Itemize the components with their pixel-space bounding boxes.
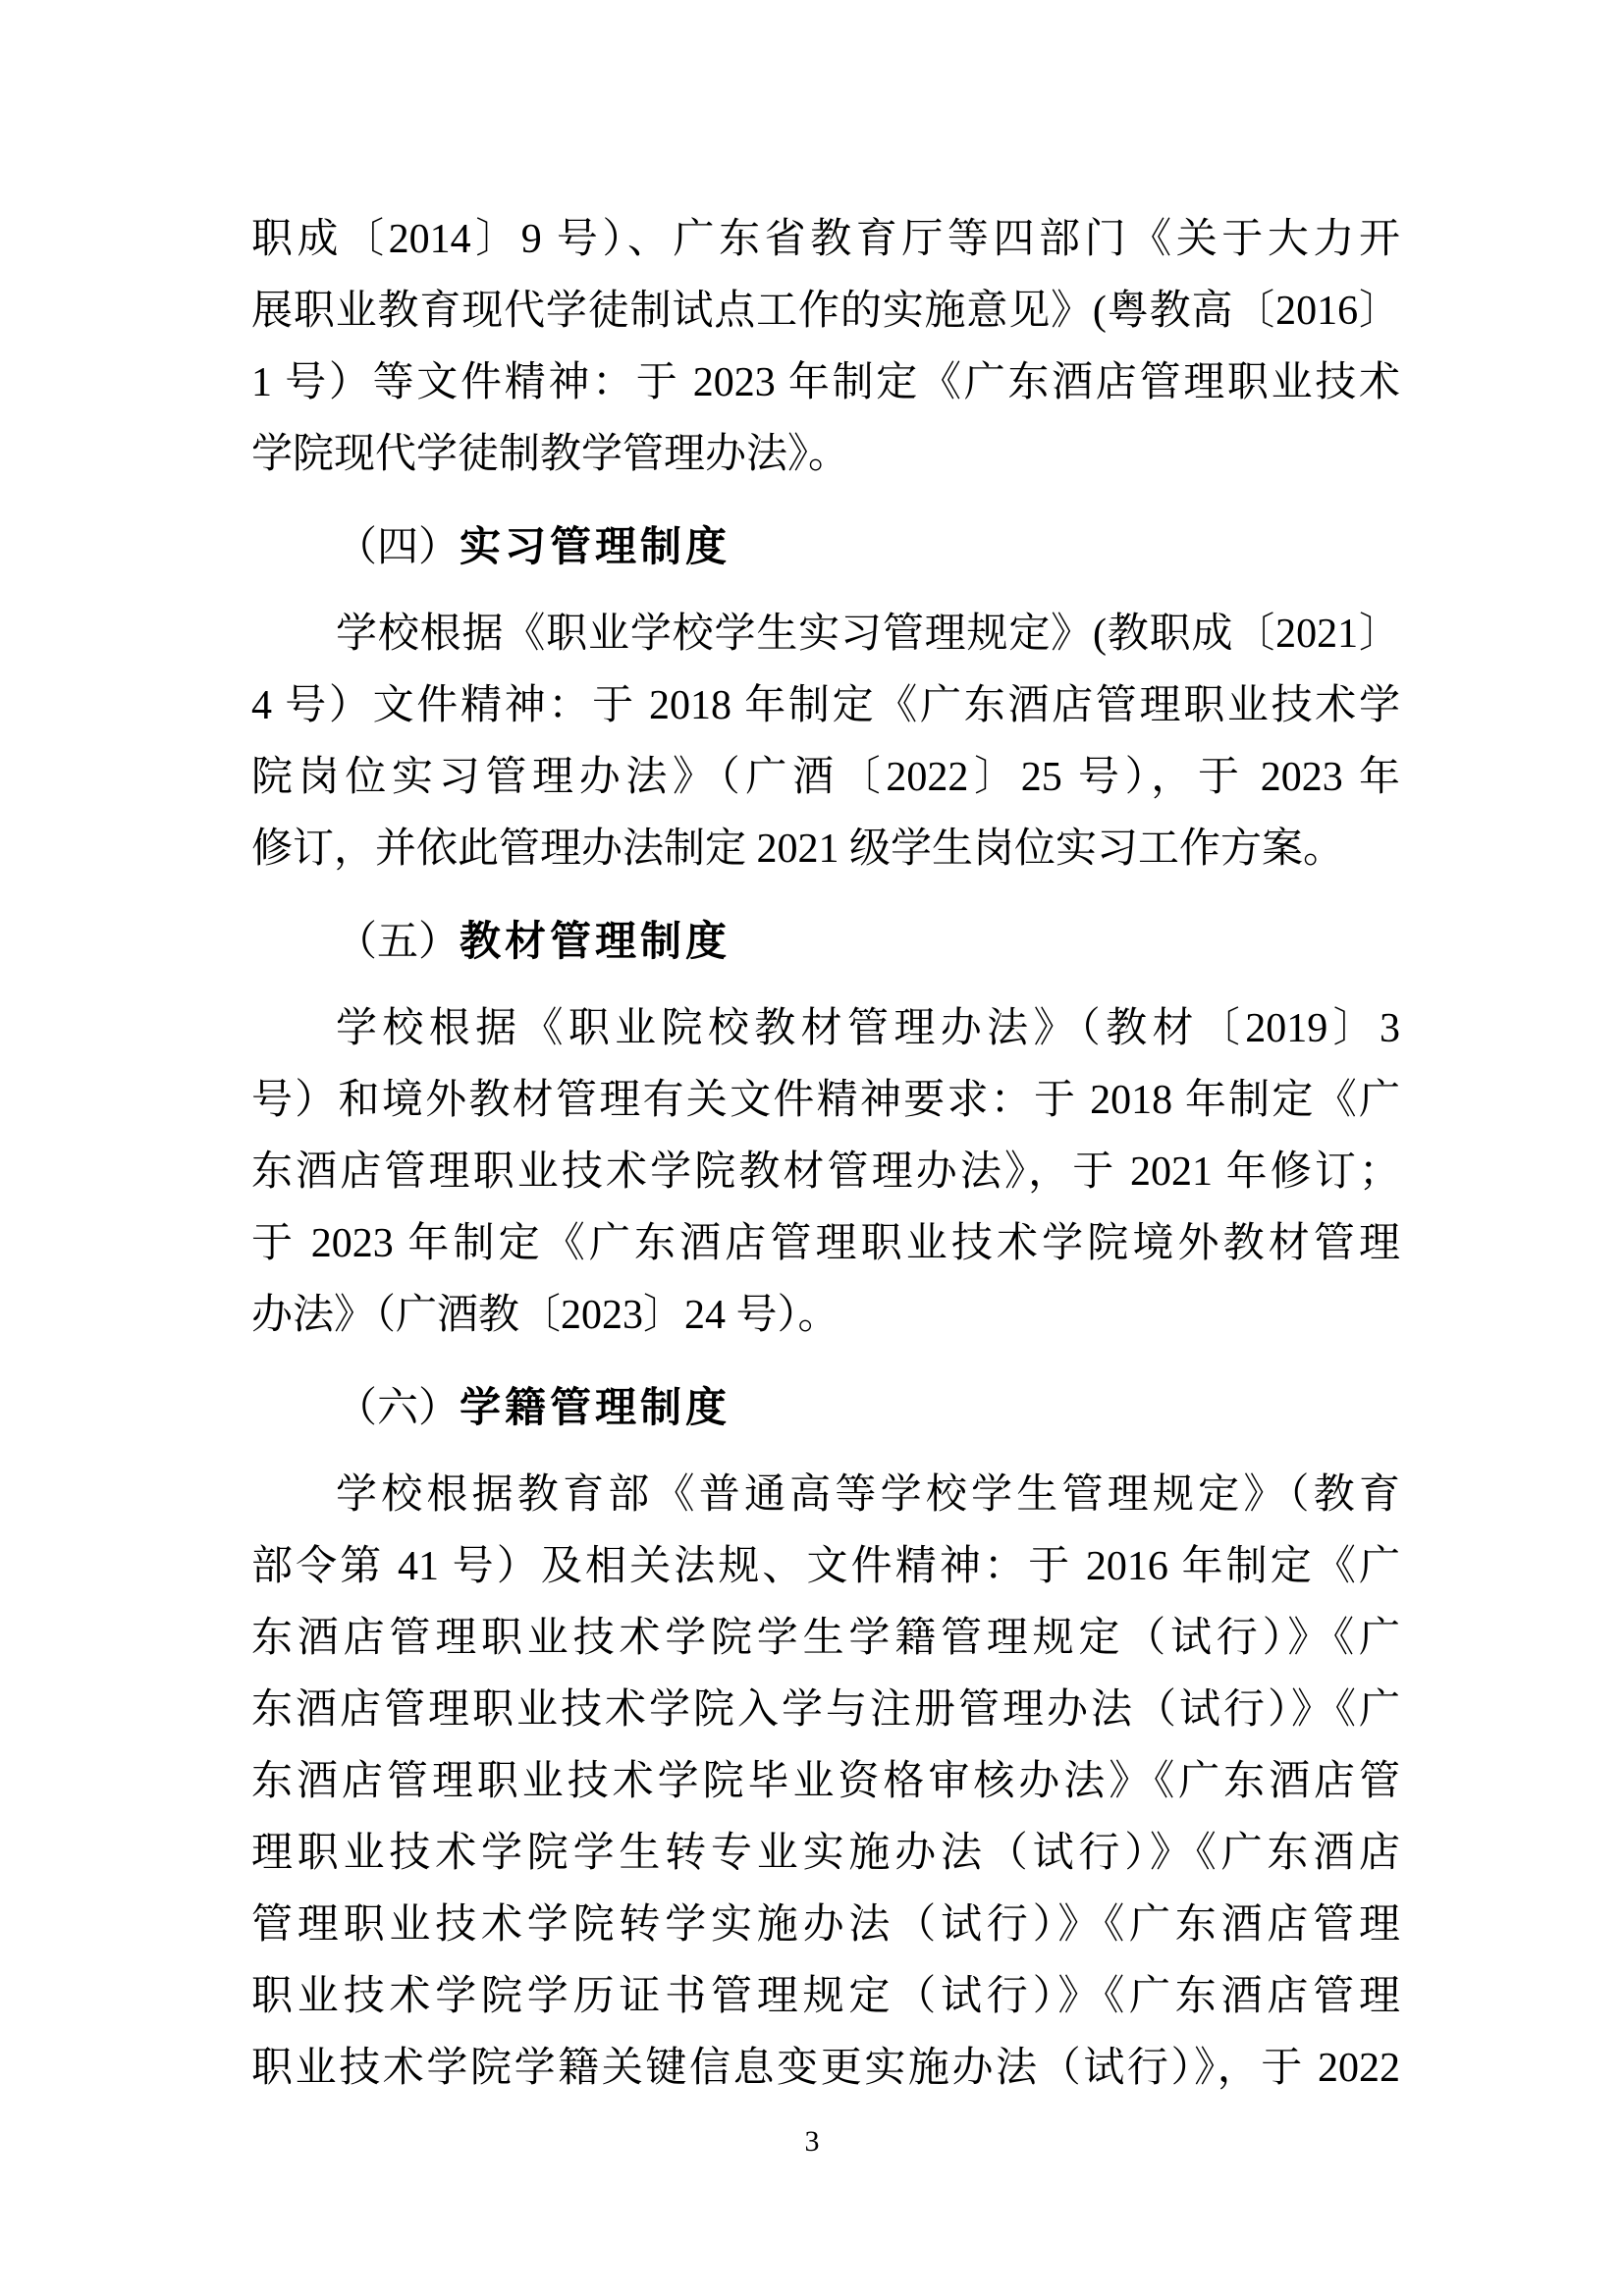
section-heading-number: （六） bbox=[336, 1386, 460, 1431]
text-line: 学校根据《职业院校教材管理办法》（教材〔2019〕3 bbox=[251, 993, 1400, 1065]
text-line: 东酒店管理职业技术学院学生学籍管理规定（试行）》《广 bbox=[251, 1603, 1400, 1675]
section-heading-number: （四） bbox=[336, 525, 460, 570]
text-line: 管理职业技术学院转学实施办法（试行）》《广东酒店管理 bbox=[251, 1890, 1400, 1961]
paragraph: 学校根据《职业学校学生实习管理规定》(教职成〔2021〕 4 号）文件精神：于 … bbox=[251, 599, 1400, 885]
document-body: 职成〔2014〕9 号）、广东省教育厅等四部门《关于大力开 展职业教育现代学徒制… bbox=[251, 204, 1400, 2105]
section-heading-5: （五）教材管理制度 bbox=[251, 905, 1400, 977]
text-line: 办法》（广酒教〔2023〕24 号）。 bbox=[251, 1280, 1400, 1352]
section-heading-title: 实习管理制度 bbox=[460, 523, 731, 569]
text-line: 展职业教育现代学徒制试点工作的实施意见》(粤教高〔2016〕 bbox=[251, 276, 1400, 347]
text-line: 1 号）等文件精神：于 2023 年制定《广东酒店管理职业技术 bbox=[251, 347, 1400, 419]
section-heading-title: 教材管理制度 bbox=[460, 918, 731, 964]
text-line: 东酒店管理职业技术学院入学与注册管理办法（试行）》《广 bbox=[251, 1675, 1400, 1746]
text-line: 号）和境外教材管理有关文件精神要求：于 2018 年制定《广 bbox=[251, 1065, 1400, 1137]
section-heading-6: （六）学籍管理制度 bbox=[251, 1371, 1400, 1443]
text-line: 部令第 41 号）及相关法规、文件精神：于 2016 年制定《广 bbox=[251, 1531, 1400, 1603]
page-number: 3 bbox=[0, 2126, 1624, 2158]
text-line: 修订，并依此管理办法制定 2021 级学生岗位实习工作方案。 bbox=[251, 814, 1400, 885]
text-line: 东酒店管理职业技术学院毕业资格审核办法》《广东酒店管 bbox=[251, 1746, 1400, 1818]
paragraph: 学校根据教育部《普通高等学校学生管理规定》（教育 部令第 41 号）及相关法规、… bbox=[251, 1460, 1400, 2105]
paragraph: 职成〔2014〕9 号）、广东省教育厅等四部门《关于大力开 展职业教育现代学徒制… bbox=[251, 204, 1400, 491]
text-line: 学校根据教育部《普通高等学校学生管理规定》（教育 bbox=[251, 1460, 1400, 1531]
text-line: 4 号）文件精神：于 2018 年制定《广东酒店管理职业技术学 bbox=[251, 670, 1400, 742]
text-line: 职成〔2014〕9 号）、广东省教育厅等四部门《关于大力开 bbox=[251, 204, 1400, 276]
section-heading-title: 学籍管理制度 bbox=[460, 1384, 731, 1430]
text-line: 院岗位实习管理办法》（广酒〔2022〕25 号），于 2023 年 bbox=[251, 742, 1400, 814]
text-line: 职业技术学院学籍关键信息变更实施办法（试行）》，于 2022 bbox=[251, 2033, 1400, 2105]
section-heading-number: （五） bbox=[336, 920, 460, 965]
text-line: 于 2023 年制定《广东酒店管理职业技术学院境外教材管理 bbox=[251, 1208, 1400, 1280]
text-line: 职业技术学院学历证书管理规定（试行）》《广东酒店管理 bbox=[251, 1961, 1400, 2033]
section-heading-4: （四）实习管理制度 bbox=[251, 510, 1400, 582]
text-line: 学院现代学徒制教学管理办法》。 bbox=[251, 419, 1400, 491]
text-line: 理职业技术学院学生转专业实施办法（试行）》《广东酒店 bbox=[251, 1818, 1400, 1890]
paragraph: 学校根据《职业院校教材管理办法》（教材〔2019〕3 号）和境外教材管理有关文件… bbox=[251, 993, 1400, 1352]
text-line: 学校根据《职业学校学生实习管理规定》(教职成〔2021〕 bbox=[251, 599, 1400, 670]
text-line: 东酒店管理职业技术学院教材管理办法》，于 2021 年修订； bbox=[251, 1137, 1400, 1208]
document-page: 职成〔2014〕9 号）、广东省教育厅等四部门《关于大力开 展职业教育现代学徒制… bbox=[0, 0, 1624, 2296]
